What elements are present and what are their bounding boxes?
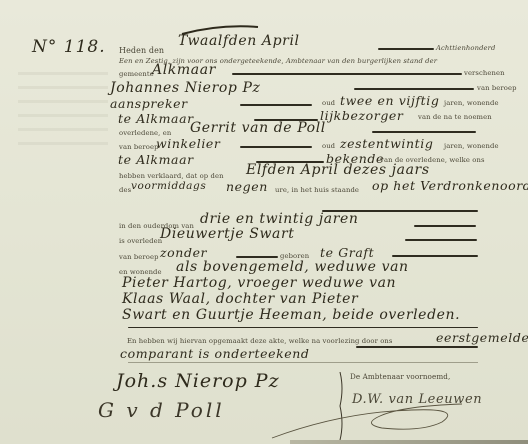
rule-line	[128, 362, 478, 363]
fill-line	[405, 239, 477, 241]
printed-des: des	[119, 186, 131, 194]
printed-oud-2: oud	[322, 142, 335, 150]
hand-closing-1: eerstgemelde	[436, 330, 528, 345]
signature-flourish	[262, 402, 502, 442]
printed-jaren-wonende-1: jaren, wonende	[444, 99, 499, 107]
printed-van-beroep-2: van beroep	[119, 143, 159, 151]
hand-informant1-residence: te Alkmaar	[118, 111, 194, 126]
hand-residence-line-1: als bovengemeld, weduwe van	[176, 259, 409, 275]
hand-deceased-name: Dieuwertje Swart	[160, 226, 295, 242]
printed-jaren-wonende-2: jaren, wonende	[444, 142, 499, 150]
bleed-through	[18, 128, 108, 131]
fill-line	[378, 48, 434, 50]
hand-house-location: op het Verdronkenoord, wijk C N° 193.	[372, 178, 528, 193]
printed-is-overleden: is overleden	[119, 237, 162, 245]
flourish-stroke	[180, 24, 260, 36]
printed-gemeente: gemeente	[119, 70, 154, 78]
hand-informant1-occupation: aanspreker	[110, 96, 188, 111]
hand-informant2-age: zestentwintig	[340, 136, 433, 151]
printed-verschenen: verschenen	[464, 69, 505, 77]
page-edge	[290, 440, 528, 444]
printed-hebben-verklaard: hebben verklaard, dat op den	[119, 172, 224, 180]
hand-deceased-occupation: zonder	[160, 245, 207, 260]
hand-residence-line-2: Pieter Hartog, vroeger weduwe van	[122, 275, 396, 291]
printed-ure-in-het-huis: ure, in het huis staande	[275, 186, 359, 194]
printed-van-beroep-1: van beroep	[477, 84, 517, 92]
printed-heden-den: Heden den	[119, 46, 164, 55]
hand-hour: negen	[226, 179, 268, 194]
printed-closing: En hebben wij hiervan opgemaakt deze akt…	[127, 337, 392, 345]
hand-informant2-name: Gerrit van de Poll	[190, 120, 326, 136]
hand-closing-2: comparant is onderteekend	[120, 346, 310, 361]
fill-line	[240, 146, 312, 148]
bleed-through	[18, 86, 108, 89]
document-page: N° 118. Heden den Twaalfden April Achtti…	[0, 0, 528, 444]
hand-residence-line-3: Klaas Waal, dochter van Pieter	[122, 291, 358, 307]
hand-informant2-occupation: winkelier	[156, 136, 221, 151]
signature-informant2: G v d Poll	[98, 398, 225, 422]
fill-line	[356, 346, 478, 348]
hand-time-of-day: voormiddags	[131, 180, 206, 192]
fill-line	[392, 255, 478, 257]
fill-line	[232, 73, 462, 75]
fill-line	[354, 88, 474, 90]
hand-age-deceased: drie en twintig jaren	[200, 211, 359, 227]
printed-ambtenaar: De Ambtenaar voornoemd,	[350, 372, 450, 381]
fill-line	[372, 131, 476, 133]
bleed-through	[18, 72, 108, 75]
hand-informant1-relation: lijkbezorger	[320, 108, 404, 123]
signature-informant1: Joh.s Nierop Pz	[116, 370, 280, 392]
fill-line	[236, 256, 278, 258]
bleed-through	[18, 142, 108, 145]
bleed-through	[18, 114, 108, 117]
hand-municipality: Alkmaar	[152, 62, 216, 78]
printed-van-de-na-te-noemen: van de na te noemen	[418, 113, 492, 121]
hand-informant2-residence: te Alkmaar	[118, 152, 194, 167]
bleed-through	[18, 100, 108, 103]
printed-achttienhonderd: Achttienhonderd	[436, 44, 495, 52]
printed-oud-1: oud	[322, 99, 335, 107]
separator-line	[128, 327, 478, 328]
fill-line	[240, 104, 312, 106]
hand-informant1-age: twee en vijftig	[340, 93, 440, 108]
hand-death-date: Elfden April dezes jaars	[246, 162, 430, 178]
hand-informant1-name: Johannes Nierop Pz	[110, 80, 261, 96]
fill-line	[414, 225, 476, 227]
hand-residence-line-4: Swart en Guurtje Heeman, beide overleden…	[122, 307, 460, 323]
record-number: N° 118.	[32, 37, 106, 57]
printed-van-beroep-3: van beroep	[119, 253, 159, 261]
hand-birthplace: te Graft	[320, 245, 374, 260]
